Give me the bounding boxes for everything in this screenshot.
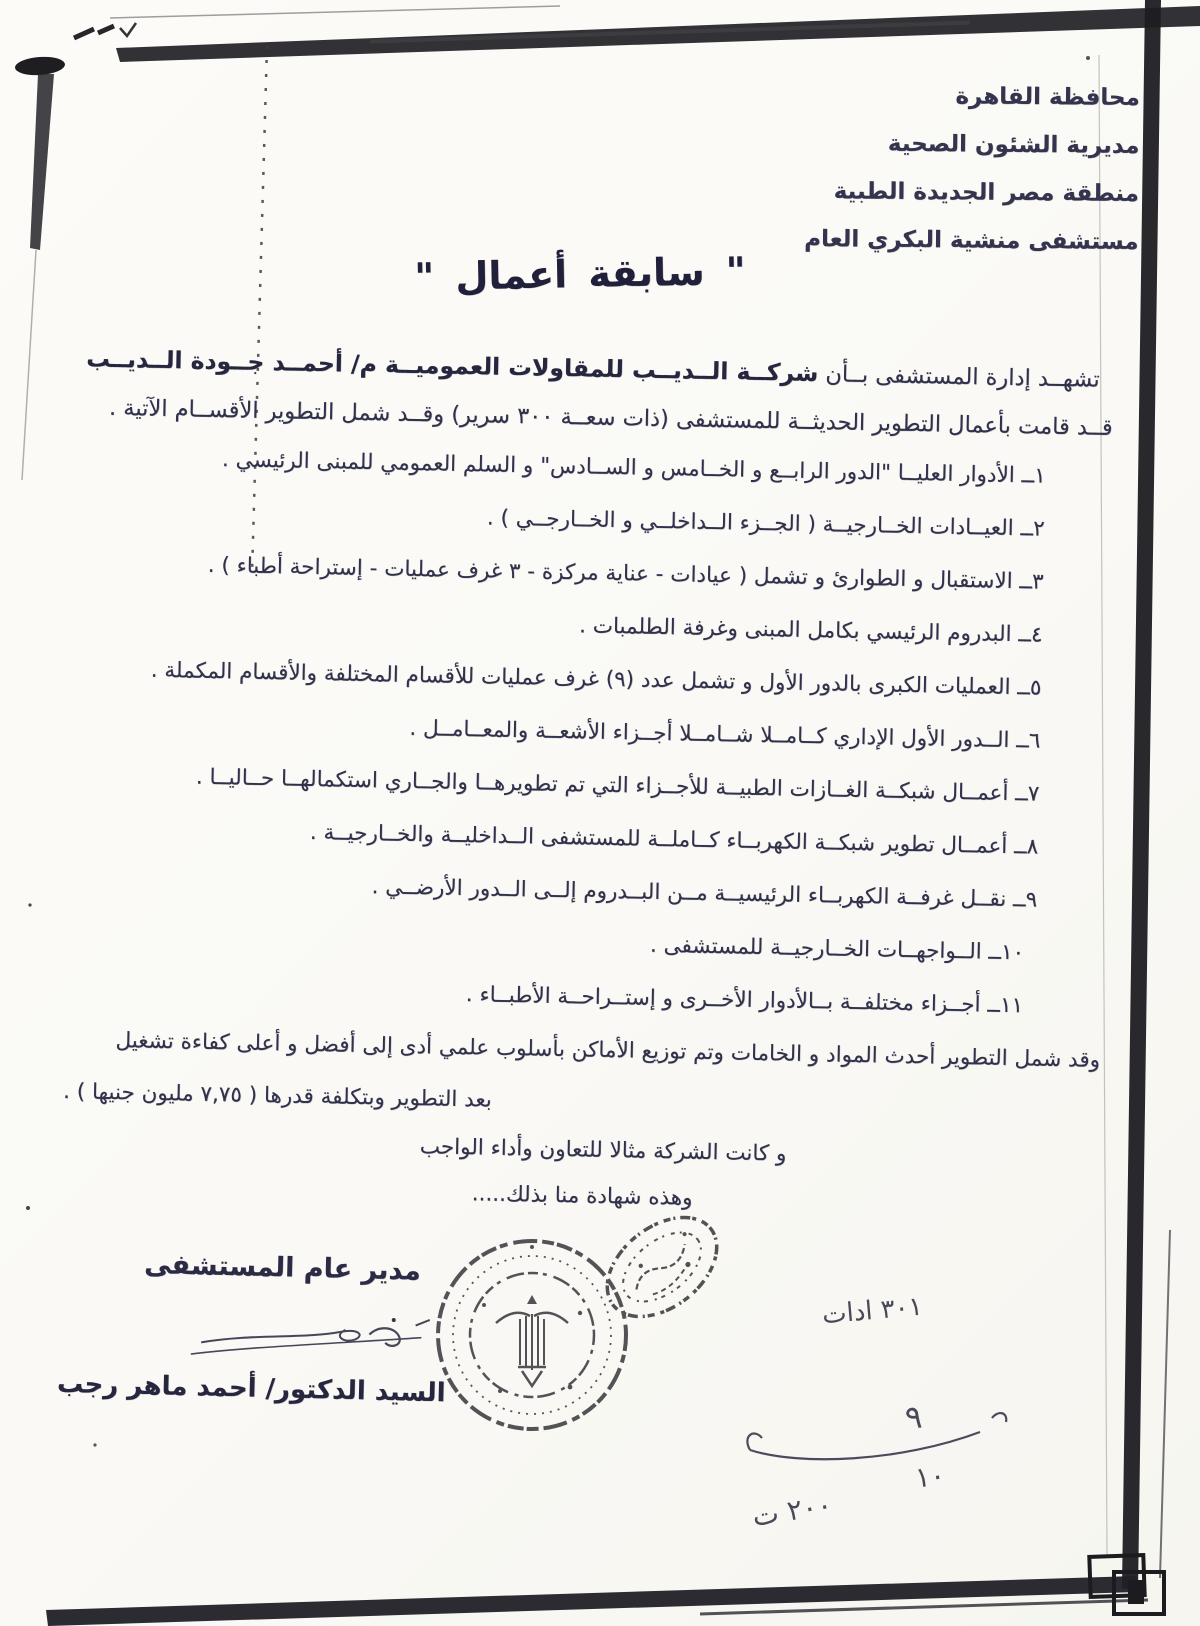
closing-line-1: وقد شمل التطوير أحدث المواد و الخامات وت…: [50, 1023, 1100, 1078]
page-title: " سابقة أعمال ": [414, 249, 746, 299]
list-item: ٤ــ البدروم الرئيسي بكامل المبنى وغرفة ا…: [58, 599, 1042, 653]
scan-artifact-left-blob: [14, 55, 65, 76]
list-item: ١ــ الأدوار العليــا "الدور الرابــع و ا…: [62, 440, 1046, 494]
company-name: شركــة الــديــب للمقاولات العموميــة م/…: [86, 344, 819, 387]
scan-artifact-check-marks: [74, 26, 114, 38]
list-item: ٣ــ الاستقبال و الطوارئ و تشمل ( عيادات …: [59, 546, 1043, 600]
scan-artifact-top-smudge: [370, 21, 970, 44]
list-item: ١١ــ أجــزاء مختلفــة بــالأدوار الأخــر…: [51, 970, 1023, 1024]
scan-artifact-speck: [93, 1443, 96, 1446]
list-item: ٨ــ أعمــال تطوير شبكــة الكهربــاء كــا…: [54, 811, 1038, 865]
scan-artifact-bottom-thin-line: [700, 1600, 1148, 1614]
scan-artifact-speck: [26, 1206, 30, 1210]
handwritten-flourish-icon: [720, 1388, 1040, 1498]
scan-artifact-right-thin-line: [1160, 1230, 1170, 1578]
list-item: ٩ــ نقــل غرفــة الكهربــاء الرئيسيــة م…: [53, 864, 1037, 918]
letterhead-directorate: مديرية الشئون الصحية: [579, 117, 1139, 170]
list-item: ٦ــ الــدور الأول الإداري كــامــلا شــا…: [56, 705, 1040, 759]
scanned-document-page: محافظة القاهرة مديرية الشئون الصحية منطق…: [0, 0, 1200, 1626]
list-item: ٧ــ أعمــال شبكــة الغــازات الطبيــة لل…: [55, 758, 1039, 812]
scan-artifact-top-thin-line: [110, 6, 560, 18]
scan-artifact-top-border: [116, 6, 1200, 62]
list-item: ٥ــ العمليات الكبرى بالدور الأول و تشمل …: [57, 652, 1041, 706]
closing-line-3: و كانت الشركة مثالا للتعاون وأداء الواجب: [48, 1123, 1098, 1178]
list-item: ٢ــ العيــادات الخــارجيــة ( الجــزء ال…: [60, 493, 1044, 547]
scan-artifact-speck: [1086, 56, 1090, 60]
letterhead-governorate: محافظة القاهرة: [580, 69, 1140, 122]
document-body: تشهــد إدارة المستشفى بــأن شركــة الــد…: [47, 341, 1114, 1224]
intro-line-1: تشهــد إدارة المستشفى بــأن شركــة الــد…: [64, 341, 1100, 397]
scan-artifact-corner-notch: [1128, 1580, 1144, 1604]
letterhead-medical-area: منطقة مصر الجديدة الطبية: [579, 165, 1139, 218]
handwritten-note-1: ٣٠١ ادات: [821, 1292, 924, 1331]
scan-artifact-corner-mark-inner: [1114, 1572, 1164, 1614]
scan-artifact-speck: [28, 903, 31, 906]
list-item: ١٠ــ الــواجهــات الخــارجيــة للمستشفى …: [52, 917, 1024, 971]
scan-artifact-corner-mark-outer: [1089, 1555, 1144, 1597]
scan-artifact-left-streak: [30, 74, 54, 250]
oval-stamp-icon: [589, 1197, 736, 1336]
scan-artifact-tick: [120, 23, 136, 36]
scan-artifact-bottom-border: [46, 1576, 1138, 1626]
intro-line-2: قــد قامت بأعمال التطوير الحديثــة للمست…: [63, 390, 1113, 445]
intro-prefix: تشهــد إدارة المستشفى بــأن: [818, 361, 1100, 393]
closing-line-2: بعد التطوير وبتكلفة قدرها ( ٧,٧٥ مليون ج…: [49, 1075, 1099, 1130]
letterhead: محافظة القاهرة مديرية الشئون الصحية منطق…: [578, 69, 1140, 266]
round-official-stamp-icon: [438, 1241, 626, 1429]
